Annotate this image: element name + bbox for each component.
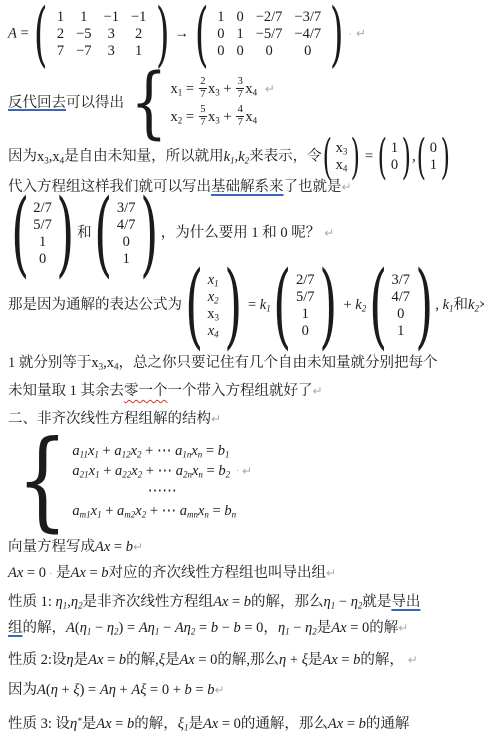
matrix-entry: 7 (51, 43, 70, 60)
system-row: am1x1 + am2x2 + ⋯ amnxn = bn (72, 501, 252, 521)
text-run: η (109, 682, 116, 698)
text-run: x1 (89, 461, 100, 481)
text-run: amn (180, 501, 198, 521)
text-run: xn (198, 501, 209, 521)
matrix-entry: −7 (70, 43, 97, 60)
text-run: = (112, 716, 127, 732)
text-run: , (435, 297, 442, 313)
k-values-explanation-line: 1 就分别等于x3,x4，总之你只要记住有几个自由未知量就分别把每个 (8, 353, 480, 373)
matrix: (10−2/7−3/701−5/7−4/70000) (193, 8, 346, 61)
text-run: = 0 + (146, 682, 184, 698)
section-two-heading: 二、非齐次线性方程组解的结构↵ (8, 409, 480, 429)
matrix-entry: 3 (98, 26, 125, 43)
vector-equation-line: 向量方程写成Ax = b↵ (8, 537, 480, 557)
text-run: = (195, 620, 210, 636)
text-run: am2 (117, 501, 135, 521)
left-brace-glyph: { (130, 73, 167, 134)
vector-entries: 10 (389, 140, 400, 174)
text-run: 4/7 (392, 289, 411, 305)
text-run: 因为 (8, 149, 37, 165)
text-run: η2 (351, 594, 363, 610)
text-run: Ax (88, 652, 103, 668)
matrix-entry: 1 (70, 9, 97, 26)
text-run: = (17, 26, 32, 42)
vector-entry: x3 (207, 306, 219, 323)
column-vector: (x3x4) (322, 139, 362, 175)
underlined-text: 基础解系来 (211, 179, 284, 195)
property-2-line-1: 性质 2:设η是Ax = b的解,ξ是Ax = 0的解,那么η + ξ是Ax =… (8, 650, 480, 670)
column-vector: (x1x2x3x4) (182, 271, 244, 341)
text-run: − (159, 620, 174, 636)
text-run: + ⋯ (142, 461, 176, 481)
text-run: x1 (208, 272, 219, 288)
vector-entries: 01 (428, 140, 439, 174)
text-run: x1 (171, 79, 183, 99)
text-run: + (220, 79, 235, 99)
nonhomogeneous-system-block: {a11x1 + a12x2 + ⋯ a1nxn = b1a21x1 + a22… (8, 439, 480, 523)
text-run: a12 (114, 441, 130, 461)
text-run: ) = (80, 682, 100, 698)
underlined-text: 导出 (391, 594, 420, 610)
text-run: = (228, 594, 243, 610)
text-run: 是自由未知量，所以就用 (64, 149, 224, 165)
paragraph-mark-icon: ↵ (320, 227, 334, 241)
vector-entry: 5/7 (296, 289, 315, 306)
column-vector: (01) (416, 139, 451, 175)
text-run: η1 (324, 594, 336, 610)
underlined-text: 反代回去 (8, 94, 66, 110)
text-run: = 0， (241, 620, 278, 636)
text-run: 1 (430, 157, 437, 173)
matrix-entry: 3 (98, 43, 125, 60)
text-run: am1 (72, 501, 90, 521)
text-run: − (290, 620, 305, 636)
text-run: η2 (107, 620, 119, 636)
vector-entry: 2/7 (296, 272, 315, 289)
matrix-entry: 1 (230, 26, 249, 43)
left-brace-glyph: { (17, 439, 69, 523)
back-substitution-line: 反代回去可以得出{x1 = 27x3 + 37x4 ↵x2 = 57x3 + 4… (8, 73, 480, 134)
matrix-entry: −1 (125, 9, 152, 26)
matrix-row-reduction-line: A = (11−1−12−5327−731) → (10−2/7−3/701−5… (8, 8, 480, 61)
left-paren-glyph: ( (417, 139, 426, 175)
matrix-entry: 2 (125, 26, 152, 43)
text-run: − (335, 594, 350, 610)
left-paren-glyph: ( (11, 199, 29, 269)
text-run: 是非齐次线性方程组 (83, 594, 214, 610)
text-run: x4 (336, 157, 348, 173)
column-vector: (3/74/701) (92, 199, 161, 269)
text-run: + (100, 461, 115, 481)
system-rows: a11x1 + a12x2 + ⋯ a1nxn = b1a21x1 + a22x… (72, 441, 252, 521)
vector-entry: 1 (430, 157, 437, 174)
vector-entry: x4 (336, 157, 348, 174)
text-run: x4 (52, 149, 64, 165)
matrix-entry: −1 (98, 9, 125, 26)
text-run: 一个带入方程组就好了 (168, 383, 313, 399)
vector-entry: 1 (39, 234, 46, 251)
text-run: η (51, 682, 58, 698)
text-run: + (58, 682, 73, 698)
vector-entries: 3/74/701 (115, 200, 138, 268)
text-run: η1 (80, 620, 92, 636)
fraction-numerator: 5 (199, 104, 207, 117)
matrix-entry: −3/7 (288, 9, 327, 26)
text-run: k2 (468, 297, 479, 313)
underlined-text: 组 (8, 620, 23, 636)
matrix-entry: −5 (70, 26, 97, 43)
vector-entry: 2/7 (33, 200, 52, 217)
vector-entry: 4/7 (117, 217, 136, 234)
text-run: 是 (74, 652, 89, 668)
text-run: A (37, 682, 46, 698)
matrix-entry: 0 (230, 43, 249, 60)
text-run: a22 (115, 461, 131, 481)
text-run: = (244, 297, 259, 313)
text-run: = (182, 79, 197, 99)
text-run: = (343, 716, 358, 732)
right-paren-glyph: ) (415, 271, 433, 341)
text-run: 3/7 (117, 200, 136, 216)
text-run: Ax (328, 716, 343, 732)
vector-entry: 1 (391, 140, 398, 157)
property-3-line: 性质 3: 设η*是Ax = b的解，ξ1是Ax = 0的通解，那么Ax = b… (8, 714, 480, 734)
paragraph-mark-icon: ↵ (352, 27, 366, 41)
system-row: a21x1 + a22x2 + ⋯ a2nxn = b2 · ↵ (72, 461, 252, 481)
vector-entry: 3/7 (392, 272, 411, 289)
text-run: k2 (355, 297, 366, 313)
text-run: = (202, 441, 217, 461)
text-run: 0 (430, 140, 437, 156)
text-run: b (234, 620, 241, 636)
text-run: x4 (107, 355, 119, 371)
equation-system: {a11x1 + a12x2 + ⋯ a1nxn = b1a21x1 + a22… (8, 439, 252, 523)
general-solution-formula-line: 那是因为通解的表达公式为(x1x2x3x4) = k1(2/75/710) + … (8, 271, 480, 341)
text-run: η2 (184, 620, 196, 636)
text-run: b2 (218, 461, 230, 481)
text-run: b (244, 594, 251, 610)
fraction-denominator: 7 (199, 117, 207, 129)
right-paren-glyph: ) (440, 139, 449, 175)
text-run: = 0的通解，那么 (218, 716, 328, 732)
text-run: × (479, 297, 484, 313)
vector-entry: 1 (397, 323, 404, 340)
text-run: 4/7 (117, 217, 136, 233)
text-run: x3 (91, 355, 103, 371)
text-run: Ax (213, 594, 228, 610)
text-run: − (218, 620, 233, 636)
left-paren-glyph: ( (378, 139, 387, 175)
text-run: x2 (131, 461, 142, 481)
text-run: a2n (176, 461, 192, 481)
vector-entry: 0 (123, 234, 130, 251)
text-run: b (211, 620, 218, 636)
text-run: η1 (278, 620, 290, 636)
vector-entries: 2/75/710 (31, 200, 54, 268)
text-run: Ax (322, 652, 337, 668)
text-run: 性质 3: 设 (8, 716, 70, 732)
matrix-entry: 1 (51, 9, 70, 26)
vector-entries: x1x2x3x4 (205, 272, 221, 340)
text-run: 0 (123, 234, 130, 250)
take-one-rest-zero-line: 未知量取 1 其余去零一个一个带入方程组就好了↵ (8, 381, 480, 401)
text-run: 的解, (126, 652, 159, 668)
fraction: 37 (236, 76, 244, 101)
text-run: + (99, 441, 114, 461)
text-run: a21 (72, 461, 88, 481)
matrix: (11−1−12−5327−731) (32, 8, 171, 61)
fraction: 57 (199, 104, 207, 129)
text-run: 1 (302, 306, 309, 322)
vector-entry: 4/7 (392, 289, 411, 306)
vector-entry: x4 (208, 323, 219, 340)
text-run: η2 (305, 620, 317, 636)
text-run: η2 (71, 594, 83, 610)
spellcheck-flagged-text: 零一个 (124, 383, 168, 399)
system-row: a11x1 + a12x2 + ⋯ a1nxn = b1 (72, 441, 252, 461)
text-run: 未知量取 1 其余去 (8, 383, 124, 399)
text-run: = (86, 565, 101, 581)
text-run: η1 (56, 594, 68, 610)
text-run: ) = (119, 620, 139, 636)
text-run: 0 (39, 251, 46, 267)
paragraph-mark-icon: ↵ (398, 621, 408, 635)
system-row: x2 = 57x3 + 47x4 (171, 103, 275, 131)
text-run: 3/7 (392, 272, 411, 288)
text-run: → (171, 26, 193, 42)
text-run: xn (191, 441, 202, 461)
text-run: = (110, 539, 125, 555)
text-run: 就是 (362, 594, 391, 610)
text-run: A (8, 26, 17, 42)
text-run: A (66, 620, 75, 636)
text-run: b (119, 652, 126, 668)
text-run: 1 (391, 140, 398, 156)
text-run: + (220, 107, 235, 127)
text-run: A (131, 682, 140, 698)
text-run: 的解， (360, 652, 404, 668)
text-run: k2 (238, 149, 249, 165)
text-run: = (203, 461, 218, 481)
paragraph-mark-icon: ↵ (326, 566, 336, 580)
text-run: = 0 (23, 565, 46, 581)
vector-entry: 5/7 (33, 217, 52, 234)
text-run: a1n (175, 441, 191, 461)
text-run: 可以得出 (66, 94, 124, 110)
vector-entry: 0 (302, 323, 309, 340)
text-run: ，为什么要用 1 和 0 呢？ (161, 226, 321, 242)
vector-entry: 1 (123, 251, 130, 268)
text-run: 和 (454, 297, 469, 313)
vector-entry: x2 (208, 289, 219, 306)
paragraph-mark-icon: ↵ (257, 79, 275, 99)
text-run: x1 (88, 441, 99, 461)
text-run: 是 (188, 716, 203, 732)
paragraph-mark-icon: ↵ (211, 412, 221, 426)
left-paren-glyph: ( (34, 8, 48, 61)
matrix-entry: 0 (211, 26, 230, 43)
text-run: x3 (208, 79, 220, 99)
matrix-entries: 11−1−12−5327−731 (50, 9, 154, 60)
text-run: 来表示，令 (249, 149, 322, 165)
text-run: = 0的解 (347, 620, 399, 636)
property-1-line-1: 性质 1: η1,η2是非齐次线性方程组Ax = b的解，那么η1 − η2就是… (8, 592, 480, 612)
left-paren-glyph: ( (369, 271, 387, 341)
column-vector: (3/74/701) (366, 271, 435, 341)
text-run: 是 (165, 652, 180, 668)
column-vector: (10) (377, 139, 412, 175)
text-run: 5/7 (296, 289, 315, 305)
left-paren-glyph: ( (94, 199, 112, 269)
text-run: + (116, 682, 131, 698)
fraction-numerator: 4 (236, 104, 244, 117)
vector-entries: x3x4 (334, 140, 350, 174)
fraction: 27 (199, 76, 207, 101)
text-run: = (182, 107, 197, 127)
matrix-entry: −5/7 (250, 26, 289, 43)
text-run: − (91, 620, 106, 636)
text-run: 2/7 (296, 272, 315, 288)
matrix-entry: −2/7 (250, 9, 289, 26)
fraction-numerator: 3 (236, 76, 244, 89)
text-run: + ⋯ (146, 501, 180, 521)
vector-entry: 1 (302, 306, 309, 323)
text-run: A (175, 620, 184, 636)
right-paren-glyph: ) (401, 139, 410, 175)
text-run: η (66, 652, 73, 668)
text-run: A (100, 682, 109, 698)
text-run: = (192, 682, 207, 698)
text-run: k1 (443, 297, 454, 313)
vector-entry: 0 (397, 306, 404, 323)
paragraph-mark-icon: ↵ (242, 461, 252, 481)
matrix-entry: 2 (51, 26, 70, 43)
text-run: η* (70, 716, 82, 732)
left-paren-glyph: ( (195, 8, 209, 61)
text-run: 那是因为通解的表达公式为 (8, 297, 182, 313)
vector-entries: 3/74/701 (390, 272, 413, 340)
paragraph-mark-icon: ↵ (313, 384, 323, 398)
property-1-line-2: 组的解，A(η1 − η2) = Aη1 − Aη2 = b − b = 0，η… (8, 618, 480, 638)
right-paren-glyph: ) (319, 271, 337, 341)
text-run: = (361, 149, 376, 165)
system-row: x1 = 27x3 + 37x4 ↵ (171, 75, 275, 103)
vector-entry: 3/7 (117, 200, 136, 217)
vector-entry: 0 (391, 157, 398, 174)
text-run: ( (75, 620, 80, 636)
matrix-entry: 1 (211, 9, 230, 26)
left-paren-glyph: ( (273, 271, 291, 341)
right-paren-glyph: ) (140, 199, 158, 269)
fraction-denominator: 7 (236, 117, 244, 129)
text-run: a11 (72, 441, 88, 461)
vector-entry: x3 (336, 140, 348, 157)
column-vector: (2/75/710) (8, 199, 77, 269)
text-run: Ax (179, 652, 194, 668)
system-row: ⋯⋯ (72, 481, 252, 501)
text-run: b (359, 716, 366, 732)
text-run: 1 (39, 234, 46, 250)
right-paren-glyph: ) (351, 139, 360, 175)
text-run: + ⋯ (142, 441, 176, 461)
paragraph-mark-icon: ↵ (404, 653, 418, 667)
vector-entries: 2/75/710 (294, 272, 317, 340)
text-run: bn (224, 501, 236, 521)
space-mark: · (230, 461, 242, 481)
text-run: 是 (308, 652, 323, 668)
text-run: ξ1 (178, 716, 189, 732)
text-run: + (340, 297, 355, 313)
vector-entry: 0 (39, 251, 46, 268)
text-run: Ax (8, 565, 23, 581)
text-run: k1 (224, 149, 235, 165)
text-run: Ax (95, 539, 110, 555)
left-paren-glyph: ( (323, 139, 332, 175)
system-rows: x1 = 27x3 + 37x4 ↵x2 = 57x3 + 47x4 (171, 75, 275, 131)
fraction-denominator: 7 (236, 89, 244, 101)
text-run: k1 (260, 297, 271, 313)
text-run: ⋯⋯ (148, 481, 177, 501)
text-run: 0 (397, 306, 404, 322)
text-run: x4 (245, 107, 257, 127)
matrix-entry: −4/7 (288, 26, 327, 43)
matrix-entry: 0 (288, 43, 327, 60)
text-run: b (185, 682, 192, 698)
text-run: 的解，那么 (251, 594, 324, 610)
equation-system: {x1 = 27x3 + 37x4 ↵x2 = 57x3 + 47x4 (124, 73, 275, 134)
matrix-entry: 0 (211, 43, 230, 60)
text-run: x1 (91, 501, 102, 521)
text-run: x4 (245, 79, 257, 99)
text-run: 因为 (8, 682, 37, 698)
fraction: 47 (236, 104, 244, 129)
text-run: Ax (71, 565, 86, 581)
text-run: Ax (203, 716, 218, 732)
text-run: x3 (336, 140, 348, 156)
fraction-numerator: 2 (199, 76, 207, 89)
right-paren-glyph: ) (155, 8, 169, 61)
text-run: xn (192, 461, 203, 481)
matrix-entries: 10−2/7−3/701−5/7−4/70000 (210, 9, 328, 60)
text-run: = (103, 652, 118, 668)
text-run: 的通解 (366, 716, 410, 732)
vector-entry: x1 (208, 272, 219, 289)
text-run: 的解， (134, 716, 178, 732)
text-run: 性质 1: (8, 594, 56, 610)
column-vector: (2/75/710) (271, 271, 340, 341)
text-run: 的解， (23, 620, 67, 636)
text-run: 是 (52, 565, 70, 581)
right-paren-glyph: ) (56, 199, 74, 269)
text-run: 1 (397, 323, 404, 339)
text-run: 1 (123, 251, 130, 267)
free-variables-line: 因为x3,x4是自由未知量，所以就用k1,k2来表示，令(x3x4) = (10… (8, 139, 480, 175)
text-run: 1 就分别等于 (8, 355, 91, 371)
text-run: x2 (171, 107, 183, 127)
left-paren-glyph: ( (185, 271, 203, 341)
right-paren-glyph: ) (330, 8, 344, 61)
text-run: A (139, 620, 148, 636)
text-run: + (286, 652, 301, 668)
text-run: b (101, 565, 108, 581)
text-run: 性质 2:设 (8, 652, 66, 668)
text-run: 0 (302, 323, 309, 339)
vector-entry: 0 (430, 140, 437, 157)
text-run: 和 (77, 226, 92, 242)
fraction-denominator: 7 (199, 89, 207, 101)
text-run: x2 (131, 441, 142, 461)
right-paren-glyph: ) (224, 271, 242, 341)
